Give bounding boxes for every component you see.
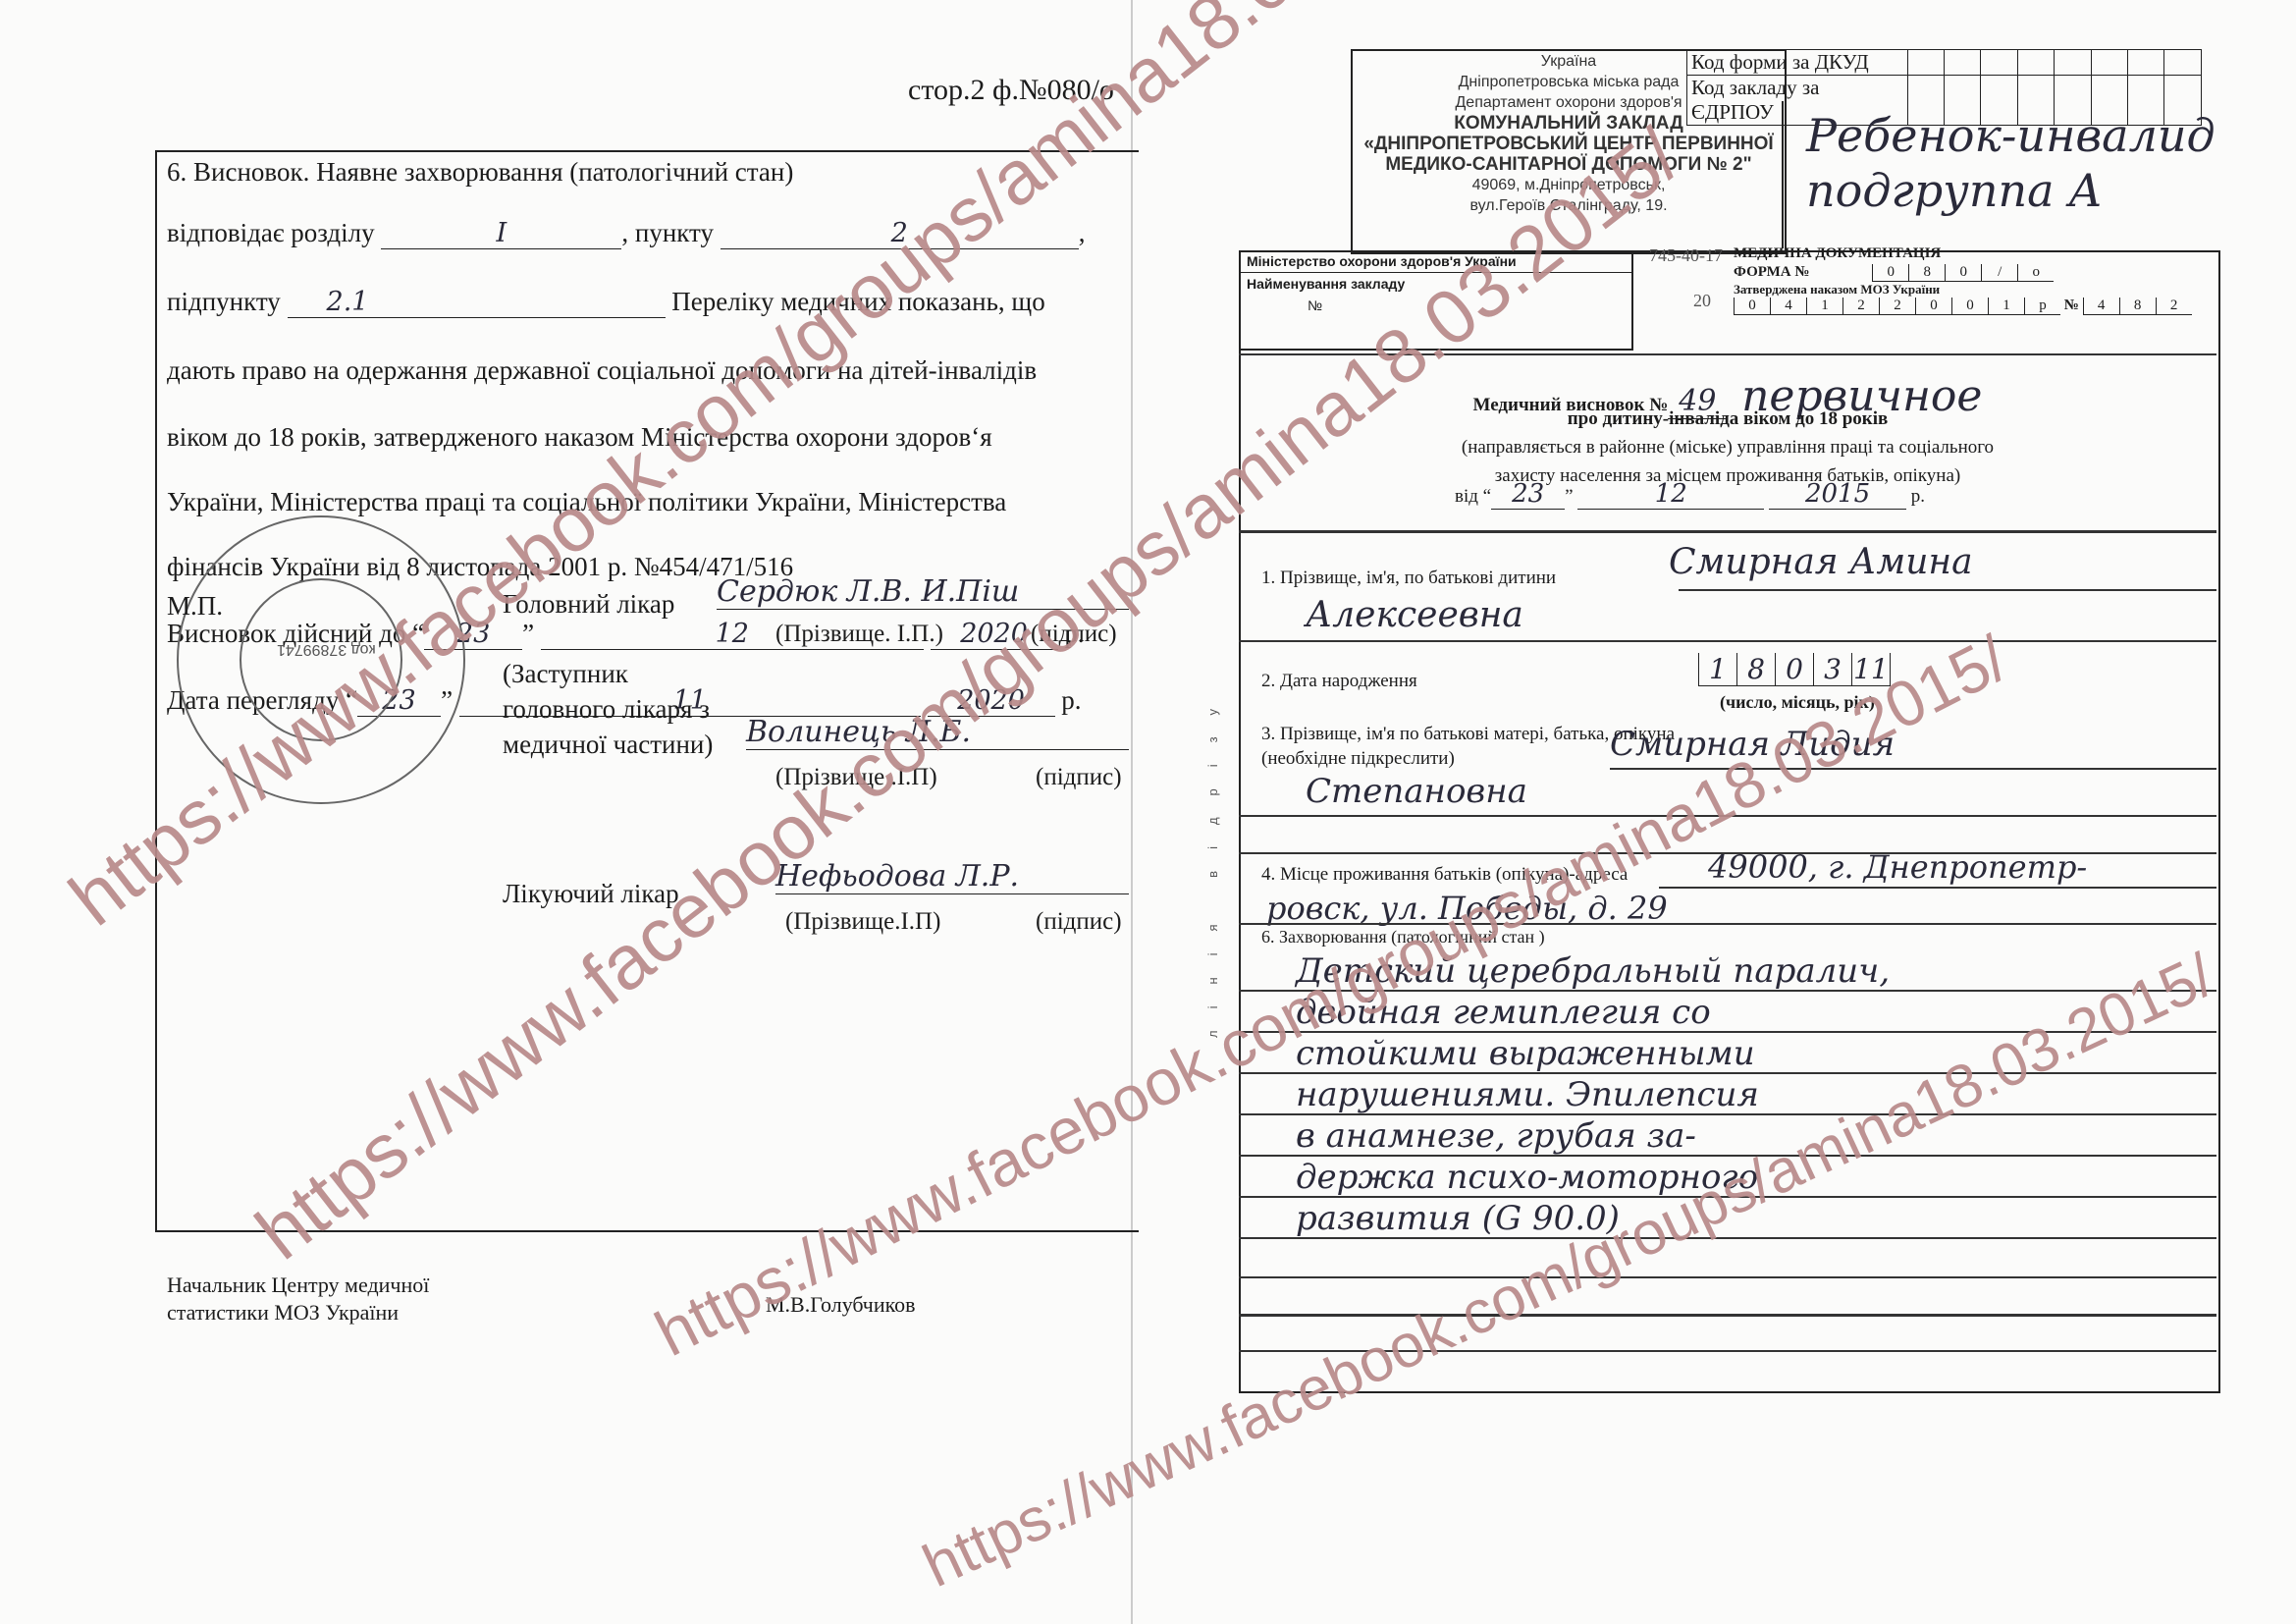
phone-fragment: 745-40-17	[1649, 245, 1723, 266]
order-no-label: №	[2064, 298, 2079, 313]
footer-left-line: статистики МОЗ України	[167, 1299, 429, 1326]
medical-documentation-box: МЕДИЧНА ДОКУМЕНТАЦІЯ ФОРМА № 080/о Затве…	[1734, 245, 2215, 315]
deputy-label: (Заступник головного лікаря з медичної ч…	[503, 656, 713, 762]
line	[1239, 1314, 2216, 1317]
stamp-line: МЕДИКО-САНІТАРНОЇ ДОПОМОГИ № 2"	[1353, 154, 1785, 175]
line	[1239, 1155, 2216, 1157]
from-label: від	[1455, 486, 1478, 507]
cell: о	[2017, 264, 2054, 281]
disease-line: нарушениями. Эпилепсия	[1296, 1074, 1890, 1115]
form-number-cells: 080/о	[1872, 264, 2054, 282]
conclusion-line: про дитину-інваліда віком до 18 років	[1239, 405, 2216, 433]
from-month: 12	[1577, 479, 1764, 510]
stamp-line: «ДНІПРОПЕТРОВСЬКИЙ ЦЕНТР ПЕРВИННОЇ	[1353, 134, 1785, 154]
meddoc-title: МЕДИЧНА ДОКУМЕНТАЦІЯ	[1734, 245, 2215, 262]
cell: /	[1981, 264, 2017, 281]
cell: 0	[1945, 264, 1981, 281]
deputy-label-line: (Заступник	[503, 656, 713, 691]
from-day: 23	[1491, 479, 1565, 510]
attending-doctor-name: Нефьодова Л.Р.	[775, 859, 1129, 894]
line	[1610, 768, 2216, 770]
conclusion-line: (направляється в районне (міське) управл…	[1239, 433, 2216, 461]
cell: 11	[1851, 653, 1891, 685]
disease-line: Детский церебральный паралич,	[1296, 950, 1890, 992]
child-name-value-2: Алексеевна	[1306, 595, 1523, 635]
stamp-line: 49069, м.Дніпропетровськ,	[1353, 175, 1785, 195]
conclusion-subtitle: про дитину-інваліда віком до 18 років (н…	[1239, 405, 2216, 490]
approval-date-cells: 04122001р	[1734, 298, 2060, 315]
line	[1239, 990, 2216, 992]
section-label: відповідає розділу	[167, 218, 375, 247]
ministry-box: Міністерство охорони здоров'я України На…	[1239, 250, 1633, 351]
disease-line: стойкими выраженными	[1296, 1033, 1890, 1074]
form-label: ФОРМА №	[1734, 264, 1809, 280]
attending-signature-caption: (підпис)	[1036, 908, 1122, 936]
cell: 1	[1698, 653, 1736, 685]
stamp-line: вул.Героїв Сталінграду, 19.	[1353, 195, 1785, 216]
deputy-name-caption: (Прізвище .І.П)	[775, 764, 937, 791]
subitem-value: 2.1	[288, 287, 666, 318]
line	[1239, 1113, 2216, 1115]
cell: 0	[1734, 298, 1770, 314]
birth-date-label: 2. Дата народження	[1261, 671, 1417, 692]
disease-line: двойная гемиплегия со	[1296, 992, 1890, 1033]
cell: 2	[2156, 298, 2192, 314]
approved-label: Затверджена наказом МОЗ України	[1734, 282, 2215, 298]
chief-doctor-name: Сердюк Л.В. И.Піш	[717, 574, 1129, 610]
page-reference: стор.2 ф.№080/о	[908, 74, 1114, 107]
cell: 8	[1736, 653, 1775, 685]
parent-name-hint: (необхідне підкреслити)	[1261, 748, 1455, 770]
cell: 0	[1775, 653, 1813, 685]
cell: 4	[2083, 298, 2119, 314]
line	[1239, 1072, 2216, 1074]
handwritten-note: Ребенок-инвалид подгруппа А	[1806, 108, 2216, 218]
subitem-row: підпункту 2.1 Переліку медичних показань…	[167, 287, 1045, 318]
year-suffix: р.	[1911, 486, 1925, 507]
disease-line: держка психо-моторного	[1296, 1157, 1890, 1198]
line	[1239, 1031, 2216, 1033]
cell: 1	[1806, 298, 1842, 314]
line	[1239, 1196, 2216, 1198]
footer-left-line: Начальник Центру медичної	[167, 1272, 429, 1299]
round-seal-stamp: код 37899741	[177, 515, 465, 804]
subitem-label: підпункту	[167, 287, 281, 316]
footer-left: Начальник Центру медичної статистики МОЗ…	[167, 1272, 429, 1326]
cell: 2	[1879, 298, 1915, 314]
line	[1239, 1276, 2216, 1278]
attending-name-caption: (Прізвище.І.П)	[785, 908, 940, 936]
attending-doctor-label: Лікуючий лікар	[503, 879, 679, 909]
chief-signature-caption: (підпис)	[1031, 621, 1117, 648]
body-line-2: віком до 18 років, затвердженого наказом…	[167, 422, 992, 453]
note-line: Ребенок-инвалид	[1806, 108, 2216, 163]
item-label: , пункту	[621, 218, 714, 247]
cell: 0	[1915, 298, 1951, 314]
disease-label: 6. Захворювання (патологічний стан )	[1261, 927, 1545, 947]
cell: 0	[1951, 298, 1988, 314]
address-value-2: ровск, ул. Победы, д. 29	[1266, 890, 1668, 927]
cut-line-label: лінія відрізу	[1205, 687, 1235, 1038]
child-name-value-1: Смирная Амина	[1669, 542, 1973, 582]
chief-name-caption: (Прізвище. І.П.)	[775, 621, 943, 648]
cell: 8	[1908, 264, 1945, 281]
birth-date-caption: (число, місяць, рік)	[1720, 692, 1875, 713]
year-prefix: 20	[1693, 291, 1711, 311]
body-line-3: України, Міністерства праці та соціально…	[167, 487, 1006, 517]
address-label: 4. Місце проживання батьків (опікуна)-ад…	[1261, 864, 1628, 886]
chief-doctor-label: Головний лікар	[503, 589, 674, 620]
code-dkud-label: Код форми за ДКУД	[1687, 50, 1908, 76]
institution-label: Найменування закладу	[1239, 273, 1631, 295]
year-suffix: р.	[1061, 685, 1081, 715]
seal-label: М.П.	[167, 591, 223, 622]
line	[1239, 1237, 2216, 1239]
deputy-name: Волинець Л.Б.	[746, 715, 1129, 750]
address-value-1: 49000, г. Днепропетр-	[1708, 848, 2087, 886]
header-divider	[1782, 101, 1784, 248]
body-line-1: дають право на одержання державної соціа…	[167, 355, 1037, 386]
deputy-signature-caption: (підпис)	[1036, 764, 1122, 791]
section-row: відповідає розділу I, пункту 2,	[167, 218, 1086, 249]
seal-inner-ring	[240, 578, 402, 741]
seal-code: код 37899741	[277, 640, 376, 658]
ministry-label: Міністерство охорони здоров'я України	[1239, 250, 1631, 273]
note-line: подгруппа А	[1806, 163, 2216, 218]
number-label: №	[1239, 295, 1631, 316]
line	[1239, 640, 2216, 642]
cell: 2	[1842, 298, 1879, 314]
subitem-suffix: Переліку медичних показань, що	[671, 287, 1044, 316]
parent-name-value-1: Смирная Лидия	[1610, 725, 1895, 764]
deputy-label-line: головного лікаря з	[503, 691, 713, 727]
cell: 3	[1813, 653, 1851, 685]
line	[1239, 815, 2216, 817]
parent-name-value-2: Степановна	[1306, 772, 1527, 811]
cell: 0	[1872, 264, 1908, 281]
cell: р	[2024, 298, 2060, 314]
section-value: I	[381, 218, 621, 249]
item-value: 2	[721, 218, 1079, 249]
order-no-cells: 482	[2083, 298, 2192, 315]
cell: 8	[2119, 298, 2156, 314]
review-date-year: 2020	[928, 685, 1055, 717]
birth-date-cells: 1 8 0 3 11	[1698, 653, 1891, 686]
from-year: 2015	[1769, 479, 1906, 510]
deputy-label-line: медичної частини)	[503, 727, 713, 762]
disease-line: в анамнезе, грубая за-	[1296, 1115, 1890, 1157]
cell: 1	[1988, 298, 2024, 314]
divider	[1239, 353, 2216, 355]
footer-right: М.В.Голубчиков	[766, 1292, 916, 1318]
divider	[1239, 530, 2216, 533]
from-date-row: від “23” 12 2015 р.	[1455, 479, 1925, 510]
line	[1679, 589, 2216, 591]
section6-title: 6. Висновок. Наявне захворювання (патоло…	[167, 157, 793, 188]
disease-line: развития (G 90.0)	[1296, 1198, 1890, 1239]
child-name-label: 1. Прізвище, ім'я, по батькові дитини	[1261, 568, 1556, 589]
line	[1659, 887, 2216, 889]
line	[1239, 1350, 2216, 1352]
line	[1239, 923, 2216, 925]
cell: 4	[1770, 298, 1806, 314]
